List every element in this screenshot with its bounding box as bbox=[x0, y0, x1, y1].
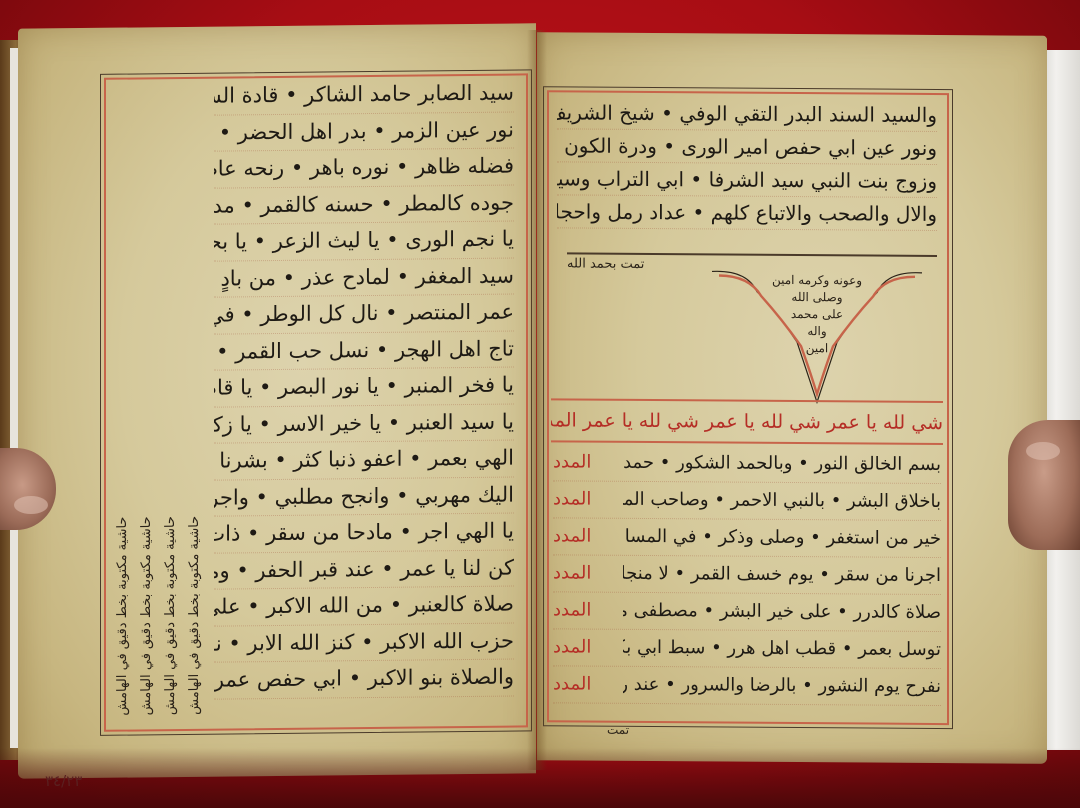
book-gutter bbox=[527, 30, 547, 770]
text-line: الهي بعمر • اعفو ذنبا كثر • بشرنا بالمغف… bbox=[214, 441, 514, 481]
text-line: فضله ظاهر • نوره باهر • رنحه عاطر bbox=[214, 149, 514, 189]
thumbnail-nail bbox=[14, 496, 48, 514]
text-line: صلاة كالعنبر • من الله الاكبر • على نور … bbox=[214, 587, 514, 627]
text-line: جوده كالمطر • حسنه كالقمر • مدحه كالدرر bbox=[214, 185, 514, 225]
margin-note-column: حاشية مكتوبة بخط دقيق في الهامش bbox=[138, 85, 158, 715]
right-poem-text: بسم الخالق النور • وبالحمد الشكور • حمدا… bbox=[553, 444, 941, 706]
signature-text: تمت بحمد الله bbox=[567, 256, 644, 272]
verse-text: نفرح يوم النشور • بالرضا والسرور • عند ر… bbox=[623, 667, 941, 705]
text-line: حزب الله الاكبر • كنز الله الابر • نور ا… bbox=[214, 623, 514, 663]
poem-line: نفرح يوم النشور • بالرضا والسرور • عند ر… bbox=[553, 666, 941, 706]
text-line: والال والصحب والاتباع كلهم • عداد رمل وا… bbox=[557, 195, 937, 231]
margin-note-column: حاشية مكتوبة بخط دقيق في الهامش bbox=[186, 85, 206, 715]
text-line: نور عين الزمر • بدر اهل الحضر • واتقى من… bbox=[214, 112, 514, 152]
refrain-text: المدد bbox=[553, 481, 623, 517]
colophon-line: امين bbox=[747, 340, 887, 358]
thumbnail-nail bbox=[1026, 442, 1060, 460]
right-top-text: والسيد السند البدر التقي الوفي • شيخ الش… bbox=[557, 96, 937, 231]
poem-line: بسم الخالق النور • وبالحمد الشكور • حمدا… bbox=[553, 444, 941, 484]
shelf-mark: ٣٤/٢٣ bbox=[45, 772, 82, 790]
poem-line: توسل بعمر • قطب اهل هرر • سبط ابي بكرالم… bbox=[553, 629, 941, 669]
colophon-triangle: وعونه وكرمه امين وصلى الله على محمد واله… bbox=[707, 261, 927, 403]
margin-note-column: حاشية مكتوبة بخط دقيق في الهامش bbox=[162, 85, 182, 715]
text-line: يا نجم الورى • يا ليث الزعر • يا بحر الذ… bbox=[214, 222, 514, 262]
cloth-shadow bbox=[0, 748, 1080, 808]
colophon-line: على محمد bbox=[747, 306, 887, 324]
text-line: عمر المنتصر • نال كل الوطر • في دنيا واخ… bbox=[214, 295, 514, 335]
text-line: كن لنا يا عمر • عند قبر الحفر • ومكون بق… bbox=[214, 550, 514, 590]
verse-text: توسل بعمر • قطب اهل هرر • سبط ابي بكر bbox=[623, 630, 941, 668]
verse-text: اجرنا من سقر • يوم خسف القمر • لا منجا و… bbox=[623, 556, 941, 594]
colophon-text: وعونه وكرمه امين وصلى الله على محمد واله… bbox=[747, 272, 887, 358]
text-line: تاج اهل الهجر • نسل حب القمر • سيد من غب… bbox=[214, 331, 514, 371]
text-line: يا سيد العنبر • يا خير الاسر • يا زكي ال… bbox=[214, 404, 514, 444]
colophon-line: وعونه وكرمه امين bbox=[747, 272, 887, 290]
red-rubric-header: شي لله يا عمر شي لله يا عمر شي لله يا عم… bbox=[551, 398, 943, 445]
text-line: يا فخر المنبر • يا نور البصر • يا قاضي ا… bbox=[214, 368, 514, 408]
text-line: والسيد السند البدر التقي الوفي • شيخ الش… bbox=[557, 96, 937, 132]
refrain-text: المدد bbox=[553, 555, 623, 591]
left-page: حاشية مكتوبة بخط دقيق في الهامش حاشية مك… bbox=[18, 23, 536, 778]
refrain-text: المدد bbox=[553, 666, 623, 702]
poem-line: خير من استغفر • وصلى وذكر • في المسا وال… bbox=[553, 518, 941, 558]
text-line: يا الهي اجر • مادحا من سقر • ذات حر الشر… bbox=[214, 514, 514, 554]
verse-text: خير من استغفر • وصلى وذكر • في المسا وال… bbox=[623, 519, 941, 557]
text-line: والصلاة بنو الاكبر • ابي حفص عمر • وعثما… bbox=[214, 660, 514, 700]
colophon-line: واله bbox=[747, 323, 887, 341]
right-thumb bbox=[1008, 420, 1080, 550]
refrain-text: المدد bbox=[553, 518, 623, 554]
text-line: سيد الصابر حامد الشاكر • قادة السائر bbox=[214, 76, 514, 116]
refrain-text: المدد bbox=[553, 629, 623, 665]
left-main-text: سيد الصابر حامد الشاكر • قادة السائر نور… bbox=[214, 76, 514, 700]
text-line: سيد المغفر • لمادح عذر • من بادٍ وحضر bbox=[214, 258, 514, 298]
refrain-text: المدد bbox=[553, 592, 623, 628]
margin-note-column: حاشية مكتوبة بخط دقيق في الهامش bbox=[114, 85, 134, 715]
colophon-line: وصلى الله bbox=[747, 289, 887, 307]
poem-line: اجرنا من سقر • يوم خسف القمر • لا منجا و… bbox=[553, 555, 941, 595]
refrain-text: المدد bbox=[553, 444, 623, 480]
poem-line: صلاة كالدرر • على خير البشر • مصطفى من م… bbox=[553, 592, 941, 632]
verse-text: بسم الخالق النور • وبالحمد الشكور • حمدا… bbox=[623, 445, 941, 483]
verse-text: باخلاق البشر • بالنبي الاحمر • وصاحب الم… bbox=[623, 482, 941, 520]
right-page: والسيد السند البدر التقي الوفي • شيخ الش… bbox=[537, 32, 1047, 764]
text-line: اليك مهربي • وانجح مطلبي • واجر ماربي bbox=[214, 477, 514, 517]
text-line: وزوج بنت النبي سيد الشرفا • ابي التراب و… bbox=[557, 162, 937, 198]
verse-text: صلاة كالدرر • على خير البشر • مصطفى من م… bbox=[623, 593, 941, 631]
catchword: تمت bbox=[607, 723, 629, 737]
text-line: ونور عين ابي حفص امير الورى • ودرة الكون… bbox=[557, 129, 937, 165]
poem-line: باخلاق البشر • بالنبي الاحمر • وصاحب الم… bbox=[553, 481, 941, 521]
